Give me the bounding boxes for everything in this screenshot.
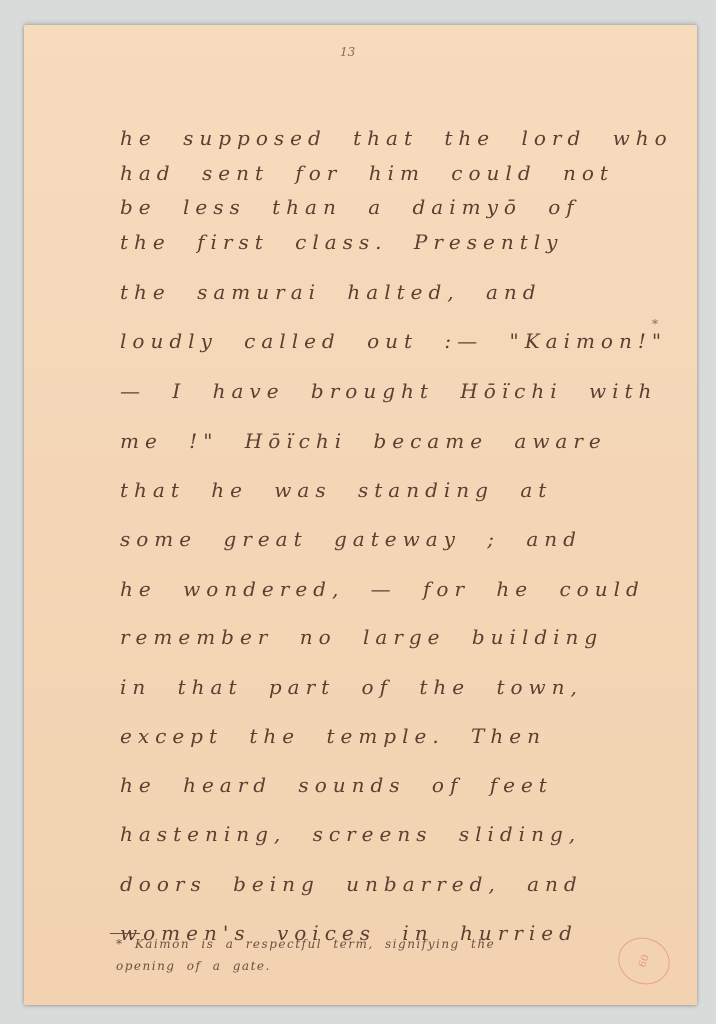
page-number: 13	[340, 45, 355, 59]
manuscript-line: the samurai halted, and	[120, 280, 697, 304]
manuscript-line: — I have brought Hōïchi with	[120, 379, 697, 403]
manuscript-page: 13 he supposed that the lord who had sen…	[24, 25, 697, 1005]
manuscript-line: he heard sounds of feet	[120, 773, 697, 797]
stamp-text: 60	[637, 953, 652, 969]
manuscript-line: be less than a daimyō of	[120, 195, 697, 219]
manuscript-line: me !" Hōïchi became aware	[120, 429, 697, 453]
manuscript-line: except the temple. Then	[120, 724, 697, 748]
footnote-divider	[110, 933, 140, 934]
manuscript-line: the first class. Presently	[120, 230, 697, 254]
footnote-line: * Kaimon is a respectful term, signifyin…	[116, 937, 495, 951]
manuscript-line: he wondered, — for he could	[120, 577, 697, 601]
manuscript-line: doors being unbarred, and	[120, 872, 697, 896]
manuscript-line: some great gateway ; and	[120, 527, 697, 551]
manuscript-line: in that part of the town,	[120, 675, 697, 699]
manuscript-line: remember no large building	[120, 625, 697, 649]
manuscript-line: hastening, screens sliding,	[120, 822, 697, 846]
footnote-line: opening of a gate.	[116, 959, 271, 973]
manuscript-line: that he was standing at	[120, 478, 697, 502]
manuscript-line: he supposed that the lord who	[120, 126, 697, 150]
footnote-asterisk-marker: *	[652, 317, 658, 331]
manuscript-line: had sent for him could not	[120, 161, 697, 185]
manuscript-line: loudly called out :— "Kaimon!"	[120, 329, 697, 353]
